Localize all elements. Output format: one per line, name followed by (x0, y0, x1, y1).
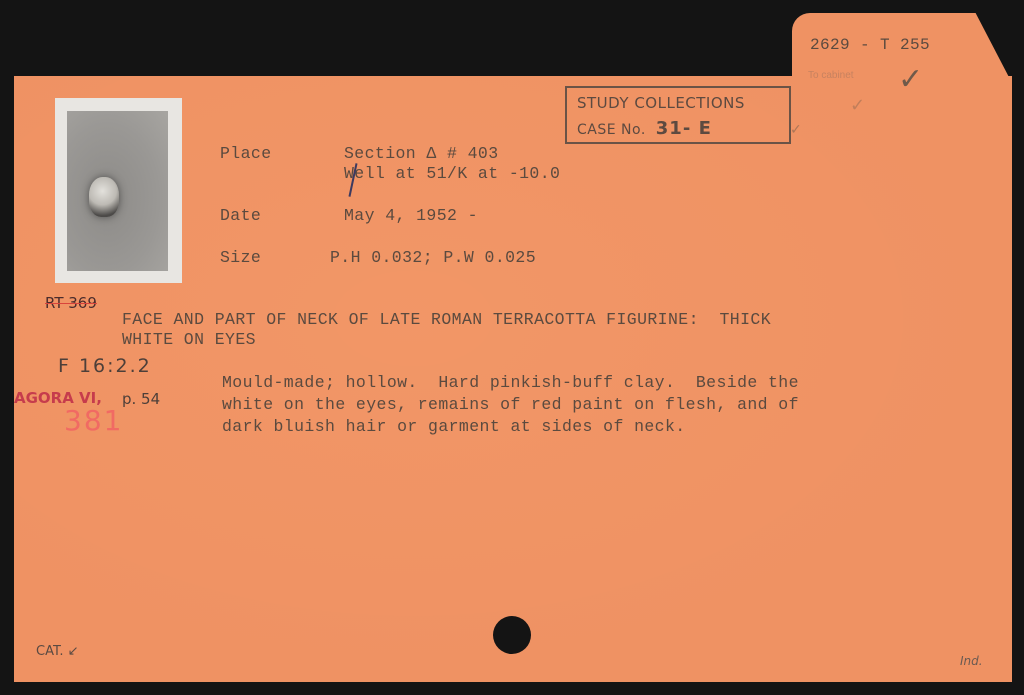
checkmark-icon: ✓ (850, 95, 865, 116)
publication-number: 381 (64, 404, 123, 437)
checkmark-icon: ✓ (898, 62, 923, 97)
stamp-heading: STUDY COLLECTIONS (577, 94, 745, 112)
object-photo (67, 111, 168, 271)
object-description: Mould-made; hollow. Hard pinkish-buff cl… (222, 372, 799, 438)
checkmark-icon: ✓ (790, 122, 802, 138)
cat-note: CAT. ↙ (36, 644, 79, 659)
photo-mount (55, 98, 182, 283)
ind-note: Ind. (960, 654, 983, 668)
field-label-date: Date (220, 206, 261, 225)
stamp-case-line: CASE No.31- E (577, 118, 712, 139)
rt-number: RT 369 (45, 294, 97, 312)
field-label-place: Place (220, 144, 272, 163)
field-value-date: May 4, 1952 - (344, 206, 478, 225)
catalog-number: 2629 - T 255 (810, 36, 930, 54)
stamp-case-number: 31- E (656, 118, 712, 139)
field-value-place: Section Δ # 403 Well at 51/K at -10.0 (344, 144, 560, 184)
stamp-case-label: CASE No. (577, 122, 646, 138)
grid-reference: F 16:2.2 (58, 355, 152, 377)
figurine-image (89, 177, 119, 217)
field-value-size: P.H 0.032; P.W 0.025 (330, 248, 536, 267)
page-reference: p. 54 (122, 390, 160, 408)
study-collections-stamp: STUDY COLLECTIONS CASE No.31- E (565, 86, 791, 144)
object-title: FACE AND PART OF NECK OF LATE ROMAN TERR… (122, 310, 771, 350)
punch-hole (493, 616, 531, 654)
faint-pencil-note: To cabinet (808, 70, 854, 81)
card-edge-shadow (772, 50, 794, 78)
field-label-size: Size (220, 248, 261, 267)
